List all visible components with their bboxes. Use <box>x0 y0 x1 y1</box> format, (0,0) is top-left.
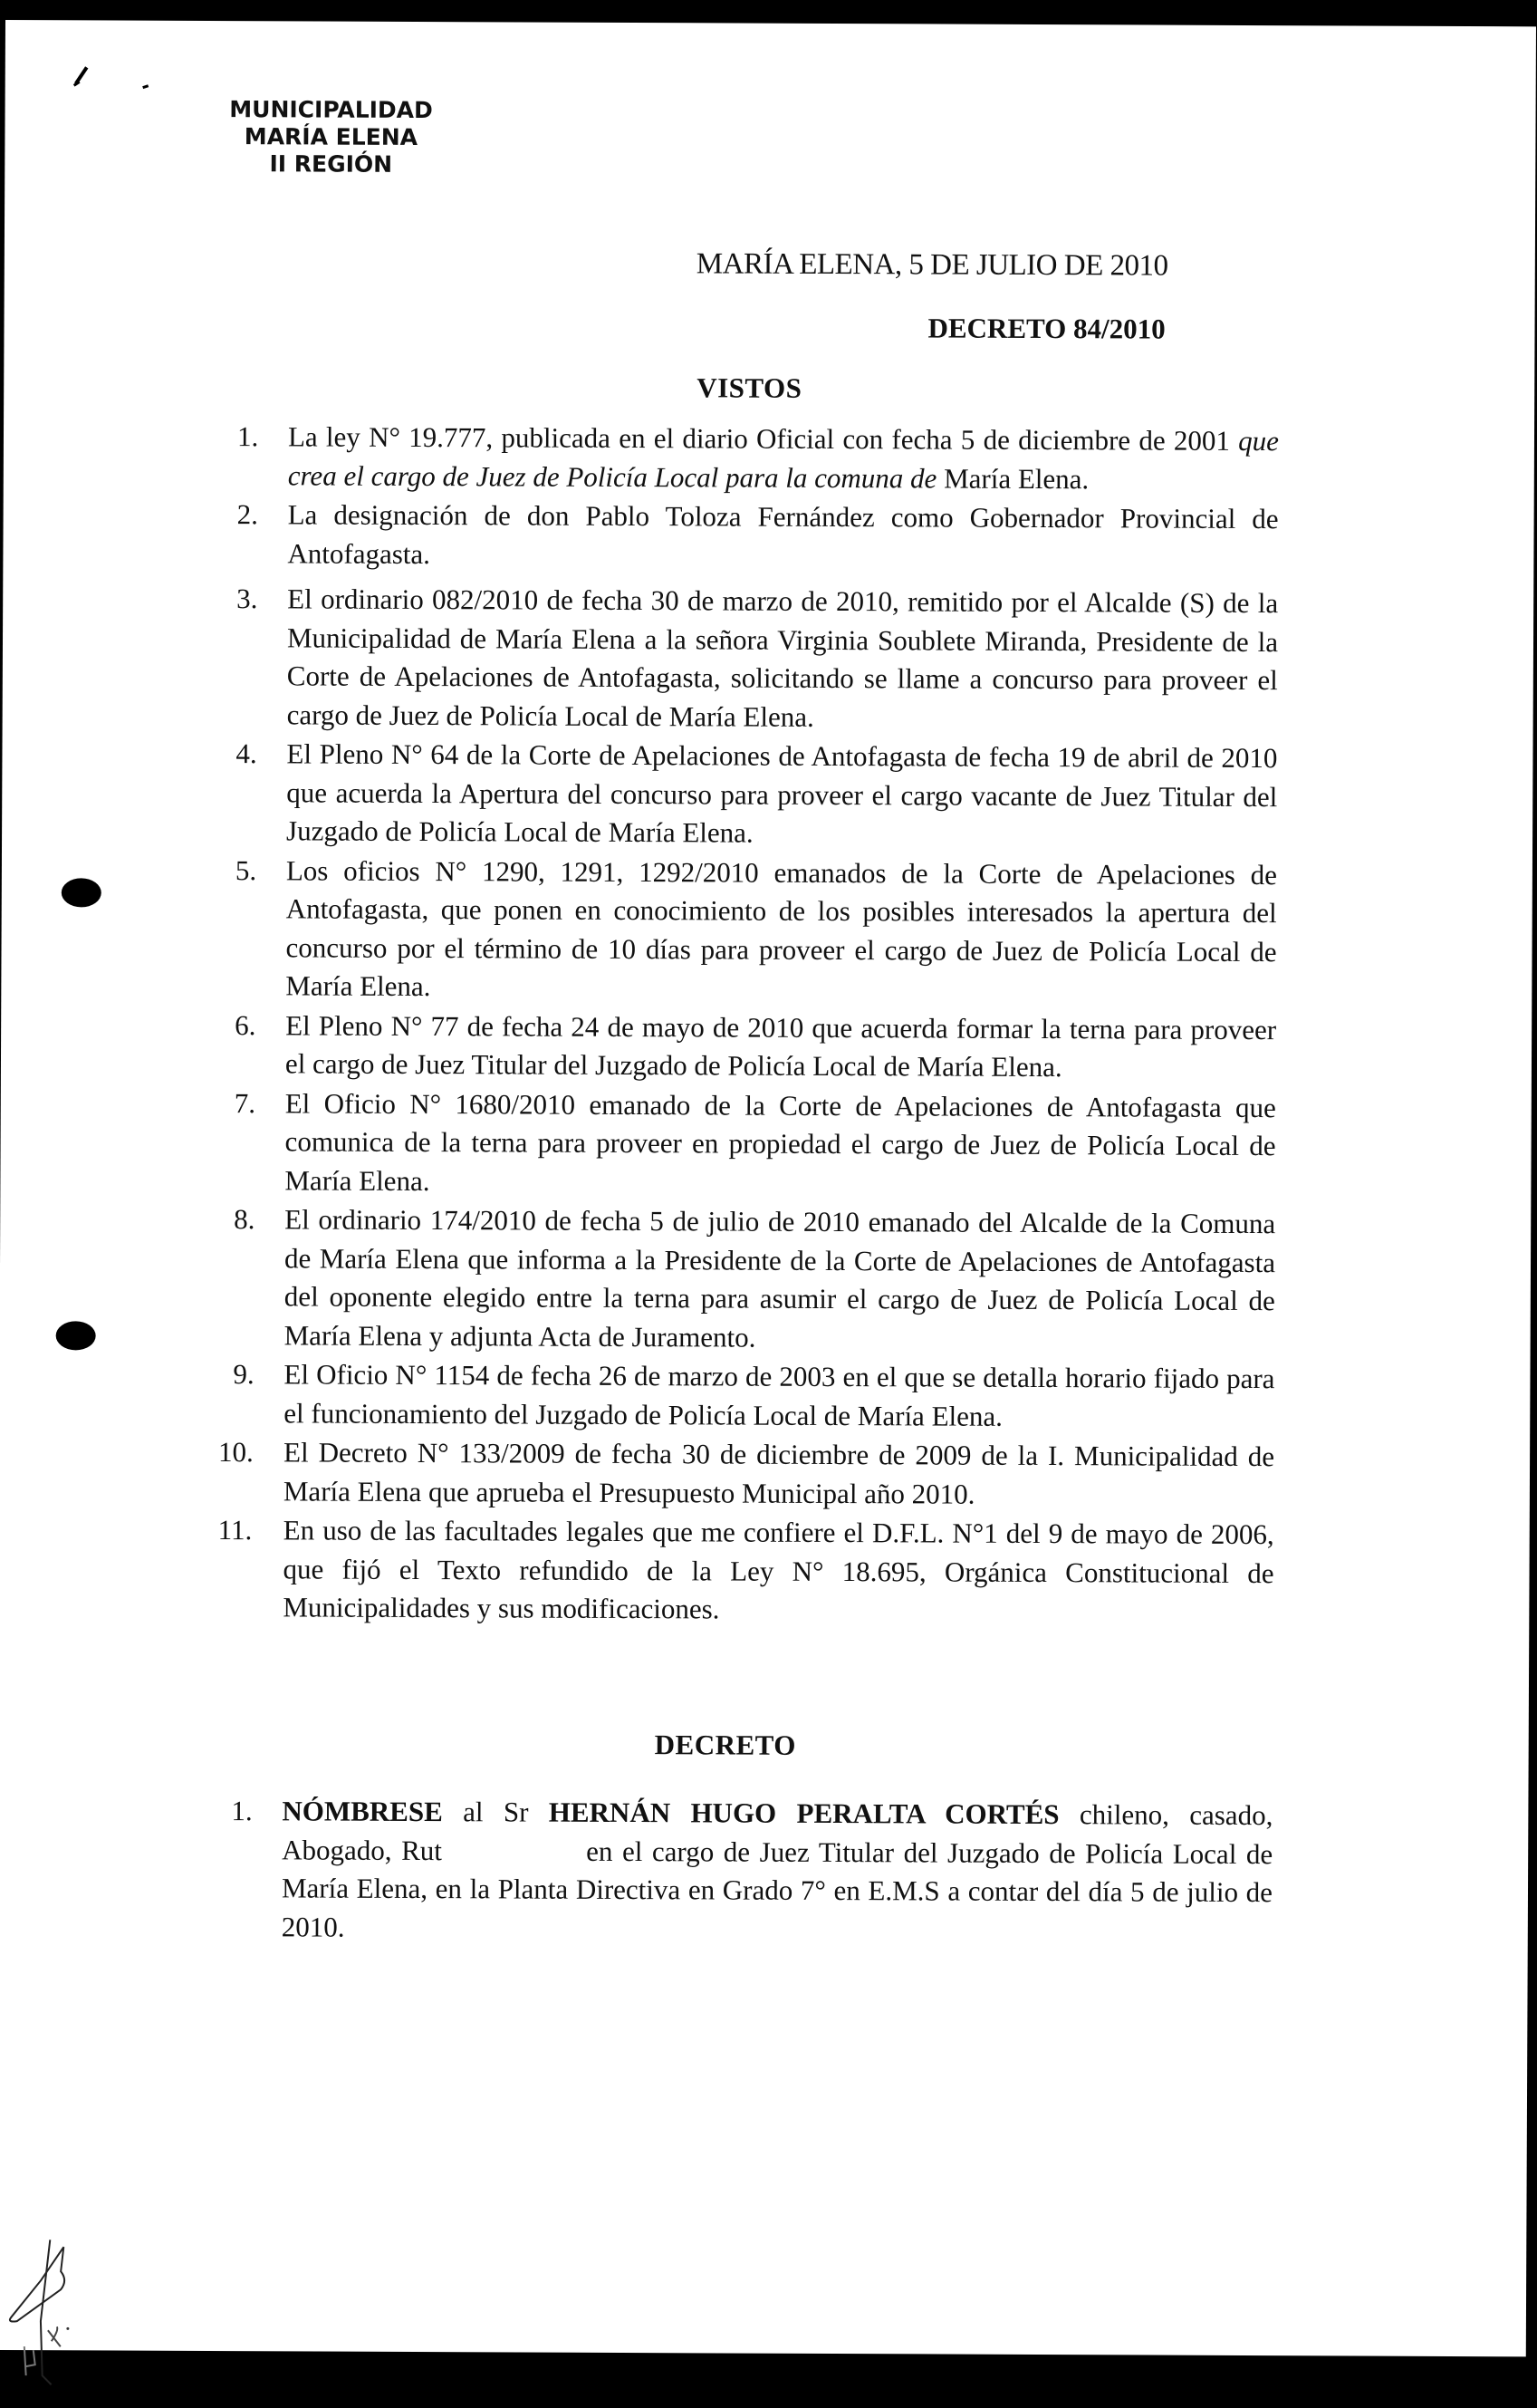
item-text: El Oficio N° 1154 de fecha 26 de marzo d… <box>283 1358 1274 1431</box>
punch-hole <box>62 878 101 907</box>
item-text: La ley N° 19.777, publicada en el diario… <box>288 420 1238 457</box>
item-number: 5. <box>235 852 281 891</box>
letterhead: MUNICIPALIDAD MARÍA ELENA II REGIÓN <box>222 96 439 178</box>
vistos-item: 5. Los oficios N° 1290, 1291, 1292/2010 … <box>235 852 1277 1010</box>
punch-hole <box>56 1321 96 1350</box>
item-text: En uso de las facultades legales que me … <box>283 1514 1274 1624</box>
vistos-item: 8. El ordinario 174/2010 de fecha 5 de j… <box>234 1200 1276 1359</box>
vistos-item: 4. El Pleno N° 64 de la Corte de Apelaci… <box>235 735 1278 855</box>
decreto-item: 1. NÓMBRESE al Sr HERNÁN HUGO PERALTA CO… <box>231 1792 1273 1950</box>
item-text: Los oficios N° 1290, 1291, 1292/2010 ema… <box>285 854 1277 1002</box>
item-number: 4. <box>235 735 281 774</box>
vistos-item: 2. La designación de don Pablo Toloza Fe… <box>236 496 1278 577</box>
item-number: 11. <box>218 1511 264 1550</box>
item-number: 10. <box>218 1433 264 1472</box>
item-number: 7. <box>235 1084 280 1123</box>
vistos-list: 1. La ley N° 19.777, publicada en el dia… <box>232 418 1279 1633</box>
item-text: al Sr <box>443 1796 549 1828</box>
letterhead-city: MARÍA ELENA <box>222 123 439 151</box>
decreto-list: 1. NÓMBRESE al Sr HERNÁN HUGO PERALTA CO… <box>231 1792 1273 1951</box>
item-text: El ordinario 174/2010 de fecha 5 de juli… <box>284 1203 1276 1353</box>
redacted-rut <box>452 1860 577 1861</box>
item-number: 1. <box>237 418 283 457</box>
item-text: El Oficio N° 1680/2010 emanado de la Cor… <box>284 1087 1276 1197</box>
vistos-item: 6. El Pleno N° 77 de fecha 24 de mayo de… <box>235 1007 1276 1088</box>
item-text: La designación de don Pablo Toloza Ferná… <box>287 498 1278 569</box>
scan-mark-icon <box>67 54 167 91</box>
decree-number: DECRETO 84/2010 <box>927 312 1165 345</box>
item-text: El Pleno N° 64 de la Corte de Apelacione… <box>286 737 1278 848</box>
vistos-item: 3. El ordinario 082/2010 de fecha 30 de … <box>236 580 1279 738</box>
letterhead-region: II REGIÓN <box>222 150 439 178</box>
date-line: MARÍA ELENA, 5 DE JULIO DE 2010 <box>696 247 1168 283</box>
item-number: 9. <box>233 1355 278 1394</box>
vistos-item: 1. La ley N° 19.777, publicada en el dia… <box>237 418 1279 499</box>
vistos-item: 9. El Oficio N° 1154 de fecha 26 de marz… <box>233 1355 1274 1437</box>
item-number: 3. <box>236 580 282 619</box>
item-text-tail: María Elena. <box>937 462 1089 495</box>
item-number: 1. <box>231 1792 276 1831</box>
vistos-item: 7. El Oficio N° 1680/2010 emanado de la … <box>234 1084 1276 1205</box>
appointee-name: HERNÁN HUGO PERALTA CORTÉS <box>549 1796 1060 1830</box>
document-page: MUNICIPALIDAD MARÍA ELENA II REGIÓN MARÍ… <box>0 20 1536 2356</box>
item-text: El ordinario 082/2010 de fecha 30 de mar… <box>287 583 1279 732</box>
vistos-heading: VISTOS <box>696 371 802 405</box>
item-number: 6. <box>235 1007 280 1045</box>
signature-icon <box>5 2239 87 2394</box>
item-number: 8. <box>234 1200 279 1239</box>
letterhead-municipality: MUNICIPALIDAD <box>223 96 440 124</box>
item-text: El Pleno N° 77 de fecha 24 de mayo de 20… <box>285 1009 1276 1083</box>
item-number: 2. <box>237 496 283 535</box>
item-text: El Decreto N° 133/2009 de fecha 30 de di… <box>283 1436 1274 1509</box>
decreto-heading: DECRETO <box>655 1729 796 1762</box>
vistos-item: 10. El Decreto N° 133/2009 de fecha 30 d… <box>233 1433 1274 1515</box>
vistos-item: 11. En uso de las facultades legales que… <box>232 1511 1274 1632</box>
appointment-verb: NÓMBRESE <box>282 1795 443 1827</box>
